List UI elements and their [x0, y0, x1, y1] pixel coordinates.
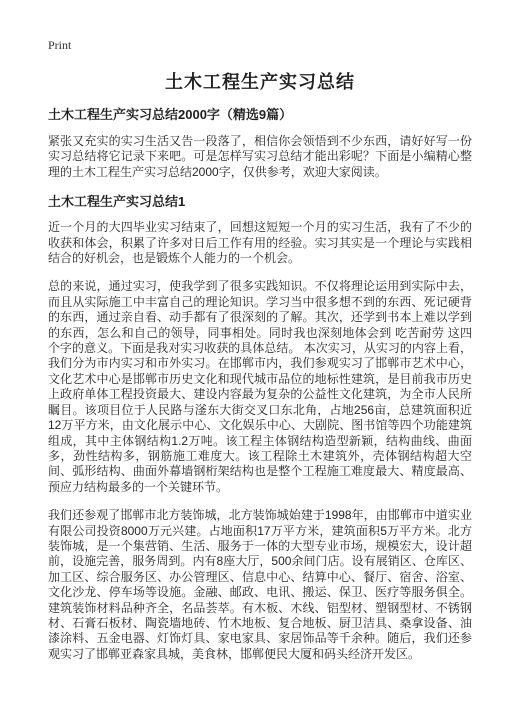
- body-paragraph: 我们还参观了邯郸市北方装饰城，北方装饰城始建于1998年，由邯郸市中道实业有限公…: [48, 508, 472, 662]
- intro-paragraph: 紧张又充实的实习生活又告一段落了，相信你会领悟到不少东西，请好好写一份实习总结将…: [48, 134, 472, 180]
- body-paragraph: 总的来说，通过实习，使我学到了很多实践知识。不仅将理论运用到实际中去，而且从实际…: [48, 279, 472, 495]
- section-heading: 土木工程生产实习总结1: [48, 194, 472, 210]
- page-subtitle: 土木工程生产实习总结2000字（精选9篇）: [48, 107, 472, 123]
- page-title: 土木工程生产实习总结: [48, 71, 472, 93]
- body-paragraph: 近一个月的大四毕业实习结束了，回想这短短一个月的实习生活，我有了不少的收获和体会…: [48, 220, 472, 266]
- document-page: Print 土木工程生产实习总结 土木工程生产实习总结2000字（精选9篇） 紧…: [0, 0, 520, 718]
- print-link[interactable]: Print: [48, 38, 71, 53]
